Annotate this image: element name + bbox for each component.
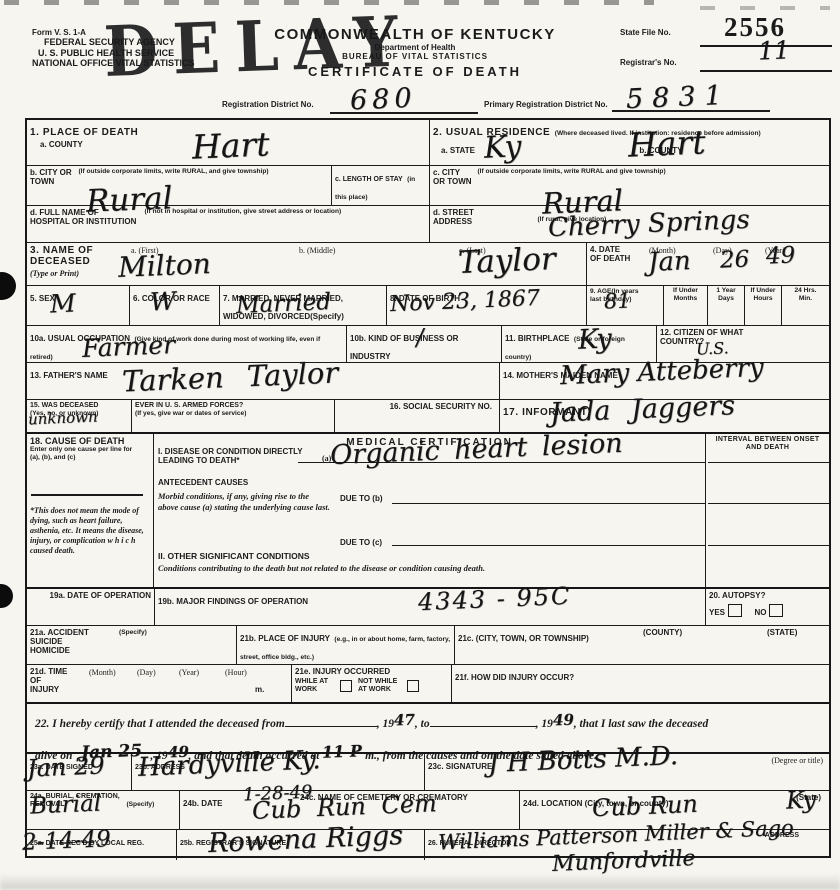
street-address-label: d. STREET ADDRESS bbox=[433, 208, 493, 226]
age-hours-header-1: If Under bbox=[745, 287, 781, 295]
antecedent-label: ANTECEDENT CAUSES bbox=[158, 478, 248, 487]
registrar-no-label: Registrar's No. bbox=[620, 58, 832, 67]
ssn-label: 16. SOCIAL SECURITY NO. bbox=[338, 402, 496, 411]
usual-residence-note: (Where deceased lived. If institution: r… bbox=[555, 130, 761, 137]
state-file-number: 2556 bbox=[724, 12, 786, 43]
field-date-received: 25a. DATE REC'D BY LOCAL REG. bbox=[27, 830, 177, 860]
autopsy-no-label: NO bbox=[754, 608, 766, 617]
injury-city-label: 21c. (CITY, TOWN, OR TOWNSHIP) bbox=[458, 634, 589, 643]
cause-title: 18. CAUSE OF DEATH bbox=[30, 436, 150, 446]
death-certificate-sheet: DELAY Form V. S. 1-A FEDERAL SECURITY AG… bbox=[0, 0, 840, 890]
row-place-residence-top: 1. PLACE OF DEATH a. COUNTY 2. USUAL RES… bbox=[27, 120, 829, 165]
certify-year-1-value: 47 bbox=[393, 705, 415, 736]
row-city-town: b. CITY OR TOWN (If outside corporate li… bbox=[27, 165, 829, 205]
field-injury-occurred: 21e. INJURY OCCURRED WHILE AT WORK NOT W… bbox=[292, 665, 452, 702]
injury-year-header: (Year) bbox=[179, 668, 199, 677]
autopsy-yes-checkbox bbox=[728, 604, 742, 617]
place-of-injury-label: 21b. PLACE OF INJURY bbox=[240, 634, 330, 643]
interval-line-3 bbox=[708, 545, 829, 546]
sex-label: 5. SEX bbox=[30, 294, 55, 303]
cause-note: Enter only one cause per line for (a), (… bbox=[30, 446, 142, 461]
institution-note: (If not in hospital or institution, give… bbox=[144, 208, 414, 216]
field-name-of-deceased: 3. NAME OF DECEASED (Type or Print) a. (… bbox=[27, 243, 587, 285]
field-accident-suicide: 21a. ACCIDENT SUICIDE HOMICIDE (Specify) bbox=[27, 626, 237, 664]
burial-date-label: 24b. DATE bbox=[183, 799, 222, 808]
burial-location-state-label: (State) bbox=[796, 793, 821, 802]
disease-a-underline bbox=[298, 462, 706, 463]
date-of-operation-label: 19a. DATE OF OPERATION bbox=[30, 591, 151, 600]
field-citizenship: 12. CITIZEN OF WHAT COUNTRY? bbox=[657, 326, 829, 362]
age-hours-header-2: Hours bbox=[745, 295, 781, 303]
injury-county-label: (COUNTY) bbox=[643, 628, 682, 637]
field-registrar-signature: 25b. REGISTRAR'S SIGNATURE bbox=[177, 830, 425, 860]
certify-year-2: , 19 bbox=[536, 718, 553, 730]
certify-text-1: 22. I hereby certify that I attended the… bbox=[35, 718, 285, 730]
burial-label: 24a. BURIAL, CREMATION, REMOVAL bbox=[30, 793, 122, 808]
field-occupation: 10a. USUAL OCCUPATION (Give kind of work… bbox=[27, 326, 347, 362]
street-address-note: (If rural, give location) bbox=[537, 216, 606, 224]
field-injury-location: 21c. (CITY, TOWN, OR TOWNSHIP) (COUNTY) … bbox=[455, 626, 829, 664]
armed-forces-note-2: (If yes, give war or dates of service) bbox=[135, 410, 331, 418]
scan-smudge-bottom bbox=[0, 874, 840, 890]
other-conditions-note: Conditions contributing to the death but… bbox=[158, 563, 488, 574]
field-sex: 5. SEX bbox=[27, 286, 130, 325]
field-interval: INTERVAL BETWEEN ONSET AND DEATH bbox=[706, 434, 829, 587]
field-armed-forces-2: EVER IN U. S. ARMED FORCES? (If yes, giv… bbox=[132, 400, 335, 432]
dod-month-header: (Month) bbox=[649, 246, 676, 255]
scan-artifact-top-right bbox=[700, 6, 830, 10]
place-city-note: (If outside corporate limits, write RURA… bbox=[78, 168, 316, 176]
date-of-birth-label: 8. DATE OF BIRTH bbox=[390, 294, 460, 303]
length-of-stay-label: c. LENGTH OF STAY bbox=[335, 176, 403, 183]
due-to-b-underline bbox=[392, 503, 706, 504]
registrar-no-underline bbox=[700, 70, 832, 72]
row-occupation-birthplace: 10a. USUAL OCCUPATION (Give kind of work… bbox=[27, 325, 829, 362]
autopsy-yes-label: YES bbox=[709, 608, 725, 617]
name-last-label: c. (Last) bbox=[459, 246, 486, 255]
binder-hole-top bbox=[0, 272, 16, 300]
dod-year-header: (Year) bbox=[765, 246, 785, 255]
age-days-header-1: 1 Year bbox=[708, 287, 744, 295]
degree-title-note: (Degree or title) bbox=[771, 756, 823, 765]
usual-residence-title: 2. USUAL RESIDENCE bbox=[433, 127, 550, 138]
row-burial: 24a. BURIAL, CREMATION, REMOVAL (Specify… bbox=[27, 790, 829, 829]
signature-label: 23c. SIGNATURE bbox=[428, 762, 492, 771]
field-age-hours: If Under Hours bbox=[745, 286, 782, 325]
field-funeral-director: 26. FUNERAL DIRECTOR ADDRESS bbox=[425, 830, 829, 860]
form-box: 1. PLACE OF DEATH a. COUNTY 2. USUAL RES… bbox=[25, 118, 831, 858]
field-mother-name: 14. MOTHER'S MAIDEN NAME bbox=[500, 363, 829, 399]
date-received-label: 25a. DATE REC'D BY LOCAL REG. bbox=[30, 840, 144, 847]
cemetery-label: 24c. NAME OF CEMETERY OR CREMATORY bbox=[300, 793, 468, 802]
field-date-of-birth: 8. DATE OF BIRTH bbox=[387, 286, 587, 325]
field-how-injury-occurred: 21f. HOW DID INJURY OCCUR? bbox=[452, 665, 829, 702]
funeral-director-address-label: ADDRESS bbox=[765, 832, 799, 840]
burial-location-label: 24d. LOCATION (City, town, or county) bbox=[523, 799, 668, 808]
residence-state-label: a. STATE bbox=[441, 146, 475, 155]
field-date-of-operation: 19a. DATE OF OPERATION bbox=[27, 589, 155, 625]
row-name-dod: 3. NAME OF DECEASED (Type or Print) a. (… bbox=[27, 242, 829, 285]
father-name-label: 13. FATHER'S NAME bbox=[30, 371, 108, 380]
residence-state-county-labels: a. STATE b. COUNTY bbox=[433, 140, 826, 158]
field-burial-date-cemetery: 24b. DATE 24c. NAME OF CEMETERY OR CREMA… bbox=[180, 791, 520, 829]
row-registrar-funeral: 25a. DATE REC'D BY LOCAL REG. 25b. REGIS… bbox=[27, 829, 829, 860]
field-age-days: 1 Year Days bbox=[708, 286, 745, 325]
field-usual-residence: 2. USUAL RESIDENCE (Where deceased lived… bbox=[430, 120, 829, 165]
age-months-header-2: Months bbox=[664, 295, 707, 303]
age-label-2: last birthday) bbox=[590, 296, 660, 304]
field-major-findings: 19b. MAJOR FINDINGS OF OPERATION bbox=[155, 589, 706, 625]
row-institution-street: d. FULL NAME OF HOSPITAL OR INSTITUTION … bbox=[27, 205, 829, 242]
cause-divider bbox=[31, 494, 143, 496]
delay-stamp: DELAY bbox=[103, 0, 415, 92]
field-signer-address: 23b. ADDRESS bbox=[132, 754, 425, 790]
dod-day-header: (Day) bbox=[713, 246, 732, 255]
age-min-header-2: Min. bbox=[782, 295, 829, 303]
armed-forces-note: (Yes, no, or unknown) bbox=[30, 410, 128, 418]
time-of-injury-label: 21d. TIME OF INJURY bbox=[30, 667, 70, 695]
field-signature: 23c. SIGNATURE (Degree or title) bbox=[425, 754, 829, 790]
place-of-death-title: 1. PLACE OF DEATH bbox=[30, 127, 138, 138]
while-at-work-label: WHILE AT WORK bbox=[295, 678, 337, 693]
primary-district-underline bbox=[612, 110, 770, 112]
field-age: 9. AGE(In years last birthday) bbox=[587, 286, 664, 325]
row-sex-race-age: 5. SEX 6. COLOR OR RACE 7. MARRIED, NEVE… bbox=[27, 285, 829, 325]
field-autopsy: 20. AUTOPSY? YES NO bbox=[706, 589, 829, 625]
due-to-c-underline bbox=[392, 545, 706, 546]
disease-label: I. DISEASE OR CONDITION DIRECTLY LEADING… bbox=[158, 447, 318, 465]
field-place-of-injury: 21b. PLACE OF INJURY (e.g., in or about … bbox=[237, 626, 455, 664]
not-while-at-work-label: NOT WHILE AT WORK bbox=[358, 678, 404, 693]
color-race-label: 6. COLOR OR RACE bbox=[133, 294, 210, 303]
morbid-note: Morbid conditions, if any, giving rise t… bbox=[158, 491, 330, 512]
binder-hole-bottom bbox=[0, 584, 13, 608]
other-conditions-label: II. OTHER SIGNIFICANT CONDITIONS bbox=[158, 552, 310, 562]
field-cause-of-death: 18. CAUSE OF DEATH Enter only one cause … bbox=[27, 434, 154, 587]
injury-meridiem: m. bbox=[255, 685, 264, 694]
age-days-header-2: Days bbox=[708, 295, 744, 303]
institution-label: d. FULL NAME OF HOSPITAL OR INSTITUTION bbox=[30, 208, 140, 226]
certify-blank-2 bbox=[430, 715, 536, 727]
burial-note: (Specify) bbox=[126, 801, 154, 808]
cause-footnote: *This does not mean the mode of dying, s… bbox=[30, 506, 146, 556]
injury-hour-header: (Hour) bbox=[225, 668, 247, 677]
field-time-of-injury: 21d. TIME OF INJURY (Month) (Day) (Year)… bbox=[27, 665, 292, 702]
field-place-city: b. CITY OR TOWN (If outside corporate li… bbox=[27, 166, 332, 205]
row-time-of-injury: 21d. TIME OF INJURY (Month) (Day) (Year)… bbox=[27, 664, 829, 702]
name-middle-label: b. (Middle) bbox=[299, 246, 335, 255]
field-institution: d. FULL NAME OF HOSPITAL OR INSTITUTION … bbox=[27, 206, 430, 242]
field-informant: 17. INFORMANT bbox=[500, 400, 829, 432]
name-subtitle: (Type or Print) bbox=[30, 269, 122, 279]
name-title: 3. NAME OF DECEASED bbox=[30, 245, 122, 267]
field-burial-type: 24a. BURIAL, CREMATION, REMOVAL (Specify… bbox=[27, 791, 180, 829]
armed-forces-label: 15. WAS DECEASED bbox=[30, 402, 128, 410]
accident-note: (Specify) bbox=[119, 629, 147, 637]
signer-address-label: 23b. ADDRESS bbox=[135, 764, 185, 771]
row-cause-of-death: 18. CAUSE OF DEATH Enter only one cause … bbox=[27, 432, 829, 587]
row-signature: 23a. DATE SIGNED 23b. ADDRESS 23c. SIGNA… bbox=[27, 752, 829, 790]
occupation-label: 10a. USUAL OCCUPATION bbox=[30, 334, 130, 343]
interval-label: INTERVAL BETWEEN ONSET AND DEATH bbox=[709, 436, 826, 451]
field-residence-city: c. CITY OR TOWN (If outside corporate li… bbox=[430, 166, 829, 205]
row-parents: 13. FATHER'S NAME 14. MOTHER'S MAIDEN NA… bbox=[27, 362, 829, 399]
while-at-work-checkbox bbox=[340, 680, 352, 692]
field-certify-statement: 22. I hereby certify that I attended the… bbox=[27, 704, 829, 752]
major-findings-label: 19b. MAJOR FINDINGS OF OPERATION bbox=[158, 597, 308, 606]
field-armed-forces: 15. WAS DECEASED (Yes, no, or unknown) bbox=[27, 400, 132, 432]
row-armed-forces-informant: 15. WAS DECEASED (Yes, no, or unknown) E… bbox=[27, 399, 829, 432]
due-to-c-label: DUE TO (c) bbox=[340, 538, 382, 547]
marital-label: 7. MARRIED, NEVER MARRIED, WIDOWED, DIVO… bbox=[223, 294, 344, 321]
mother-name-label: 14. MOTHER'S MAIDEN NAME bbox=[503, 371, 618, 380]
row-operation: 19a. DATE OF OPERATION 19b. MAJOR FINDIN… bbox=[27, 587, 829, 625]
informant-label: 17. INFORMANT bbox=[503, 407, 587, 418]
field-color-race: 6. COLOR OR RACE bbox=[130, 286, 220, 325]
interval-line-1 bbox=[708, 462, 829, 463]
date-of-death-label: 4. DATE OF DEATH bbox=[590, 245, 632, 263]
autopsy-label: 20. AUTOPSY? bbox=[709, 591, 826, 600]
injury-state-label: (STATE) bbox=[767, 628, 797, 637]
funeral-director-label: 26. FUNERAL DIRECTOR bbox=[428, 840, 511, 847]
field-age-minutes: 24 Hrs. Min. bbox=[782, 286, 829, 325]
field-place-of-death: 1. PLACE OF DEATH a. COUNTY bbox=[27, 120, 430, 165]
armed-forces-label-2: EVER IN U. S. ARMED FORCES? bbox=[135, 402, 331, 410]
autopsy-no-checkbox bbox=[769, 604, 783, 617]
certify-year-2-value: 49 bbox=[552, 705, 574, 736]
injury-month-header: (Month) bbox=[89, 668, 116, 677]
how-injury-label: 21f. HOW DID INJURY OCCUR? bbox=[455, 673, 574, 682]
age-min-header-1: 24 Hrs. bbox=[782, 287, 829, 295]
due-to-b-label: DUE TO (b) bbox=[340, 494, 383, 503]
state-file-underline bbox=[700, 45, 832, 47]
date-signed-label: 23a. DATE SIGNED bbox=[30, 764, 93, 771]
interval-line-2 bbox=[708, 503, 829, 504]
field-medical-certification: MEDICAL CERTIFICATION I. DISEASE OR COND… bbox=[154, 434, 706, 587]
injury-occurred-label: 21e. INJURY OCCURRED bbox=[295, 667, 448, 676]
field-age-months: If Under Months bbox=[664, 286, 708, 325]
place-county-label: a. COUNTY bbox=[40, 140, 426, 149]
residence-county-label: b. COUNTY bbox=[639, 146, 682, 155]
field-date-signed: 23a. DATE SIGNED bbox=[27, 754, 132, 790]
row-accident: 21a. ACCIDENT SUICIDE HOMICIDE (Specify)… bbox=[27, 625, 829, 664]
registrar-signature-label: 25b. REGISTRAR'S SIGNATURE bbox=[180, 840, 286, 847]
certify-blank-1 bbox=[285, 715, 377, 727]
birthplace-label: 11. BIRTHPLACE bbox=[505, 334, 569, 343]
residence-city-label: c. CITY OR TOWN bbox=[433, 168, 473, 186]
field-ssn: 16. SOCIAL SECURITY NO. bbox=[335, 400, 500, 432]
accident-label: 21a. ACCIDENT SUICIDE HOMICIDE bbox=[30, 628, 100, 656]
certify-text-3: , that I last saw the deceased bbox=[574, 718, 709, 730]
certify-text-2: , to bbox=[415, 718, 430, 730]
registration-district-label: Registration District No. bbox=[222, 100, 314, 109]
registration-district-underline bbox=[330, 112, 478, 114]
place-city-label: b. CITY OR TOWN bbox=[30, 168, 74, 186]
field-length-of-stay: c. LENGTH OF STAY (in this place) bbox=[332, 166, 430, 205]
field-birthplace: 11. BIRTHPLACE (State or foreign country… bbox=[502, 326, 657, 362]
field-date-of-death: 4. DATE OF DEATH (Month) (Day) (Year) bbox=[587, 243, 829, 285]
name-first-label: a. (First) bbox=[131, 246, 159, 255]
age-months-header-1: If Under bbox=[664, 287, 707, 295]
not-while-at-work-checkbox bbox=[407, 680, 419, 692]
state-file-label: State File No. bbox=[620, 28, 671, 37]
age-label-1: 9. AGE(In years bbox=[590, 288, 660, 296]
injury-day-header: (Day) bbox=[137, 668, 156, 677]
field-burial-location: 24d. LOCATION (City, town, or county) (S… bbox=[520, 791, 829, 829]
citizenship-label: 12. CITIZEN OF WHAT COUNTRY? bbox=[660, 328, 750, 346]
industry-label: 10b. KIND OF BUSINESS OR INDUSTRY bbox=[350, 334, 458, 361]
residence-city-note: (If outside corporate limits, write RURA… bbox=[477, 168, 777, 176]
field-father-name: 13. FATHER'S NAME bbox=[27, 363, 500, 399]
row-certify-statement: 22. I hereby certify that I attended the… bbox=[27, 702, 829, 752]
field-marital-status: 7. MARRIED, NEVER MARRIED, WIDOWED, DIVO… bbox=[220, 286, 387, 325]
certify-year-1: , 19 bbox=[377, 718, 394, 730]
field-street-address: d. STREET ADDRESS (If rural, give locati… bbox=[430, 206, 829, 242]
field-industry: 10b. KIND OF BUSINESS OR INDUSTRY bbox=[347, 326, 502, 362]
primary-district-label: Primary Registration District No. bbox=[484, 100, 608, 109]
